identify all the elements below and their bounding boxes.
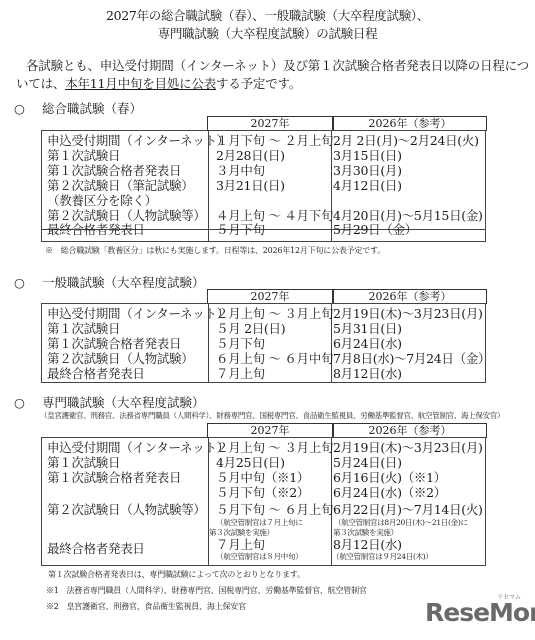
header-2027: 2027年 <box>208 290 332 304</box>
row-2027: ５月下旬 <box>216 336 265 351</box>
header-2027: 2027年 <box>208 117 332 131</box>
row-2026: 5月24日(日) <box>333 455 402 470</box>
row-2027: ５月下旬 〜 ６月上旬 <box>216 502 333 517</box>
footnote-senmon-2: ※2 皇宮護衛官、刑務官、食品衛生監視員、海上保安官 <box>46 601 246 612</box>
row-label: 申込受付期間（インターネット） <box>47 306 229 321</box>
intro-line1: 各試験とも、申込受付期間（インターネット）及び第１次試験合格者発表日以降の日程に… <box>26 56 529 74</box>
row-label: 第１次試験日 <box>47 455 120 470</box>
circle-bullet-icon: ○ <box>14 395 42 410</box>
header-2026: 2026年（参考） <box>332 424 486 438</box>
footnote-sogo: ※ 総合職試験「教養区分」は秋にも実施します。日程等は、2026年12月下旬に公… <box>45 245 385 256</box>
table-header-senmon: 2027年 2026年（参考） <box>207 423 487 438</box>
row-label: 第１次試験日 <box>47 321 120 336</box>
section-title-sogo: ○総合職試験（春） <box>14 99 142 117</box>
row-label: 第２次試験日（人物試験） <box>47 351 193 366</box>
row-2026: 5月31日(日) <box>333 321 402 336</box>
row-2027: ７月上旬 <box>216 537 265 552</box>
row-2027: ６月上旬 〜 ６月中旬 <box>216 351 333 366</box>
header-2027: 2027年 <box>208 424 332 438</box>
row-2027: ２月上旬 〜 ３月上旬 <box>216 440 333 455</box>
row-label: 最終合格者発表日 <box>47 541 145 556</box>
row-2027: 4月25日(日) <box>216 455 285 470</box>
row-label: 第２次試験日（人物試験等） <box>47 502 206 517</box>
row-2026: 7月8日(水)〜7月24日（金） <box>333 351 485 366</box>
row-2026: 2月19日(木)〜3月23日(月) <box>333 306 483 321</box>
row-label: 最終合格者発表日 <box>47 366 145 381</box>
logo-text: ReseMom <box>425 598 535 627</box>
document-title-line1: 2027年の総合職試験（春）、一般職試験（大卒程度試験）、 <box>0 6 535 24</box>
row-2026: 8月12日(水) <box>333 366 402 381</box>
row-2027-note: （航空管制官は７月上旬に <box>216 518 302 528</box>
row-label: 第１次試験合格者発表日 <box>47 336 181 351</box>
row-2027: ７月上旬 <box>216 366 265 381</box>
row-2026: 5月29日（金） <box>333 222 417 237</box>
row-label: 第１次試験合格者発表日 <box>47 470 181 485</box>
row-2026: 2月19日(木)〜3月23日(月) <box>333 440 483 455</box>
header-2026: 2026年（参考） <box>332 117 486 131</box>
schedule-table-sogo-frame: 最終合格者発表日 ５月下旬 5月29日（金） <box>41 130 486 242</box>
row-2026: 8月12日(水) <box>333 537 402 552</box>
row-2027: ５月 2日(日) <box>216 321 285 336</box>
row-2026: 6月24日(水)（※2） <box>333 485 446 500</box>
footnote-senmon-1: ※1 法務省専門職員（人間科学）、財務専門官、国税専門官、労働基準監督官、航空管… <box>46 585 367 596</box>
row-2026: 6月24日(水) <box>333 336 402 351</box>
circle-bullet-icon: ○ <box>14 101 42 116</box>
row-2027: ５月下旬（※2） <box>216 485 309 500</box>
row-2027: ５月中旬（※1） <box>216 470 309 485</box>
intro-text: いては、 <box>16 76 65 91</box>
resemom-logo: ReseMom リセマム <box>425 598 535 627</box>
intro-underlined-text: 本年11月中旬を目処に公表 <box>65 76 216 91</box>
intro-line2: いては、本年11月中旬を目処に公表する予定です。 <box>16 74 301 92</box>
intro-text: する予定です。 <box>216 76 301 91</box>
row-2026-note: （航空管制官は９月24日(木)） <box>332 552 433 562</box>
row-2027: ２月上旬 〜 ３月上旬 <box>216 306 333 321</box>
schedule-table-senmon: 申込受付期間（インターネット） ２月上旬 〜 ３月上旬 2月19日(木)〜3月2… <box>41 437 486 566</box>
row-2027: ５月下旬 <box>216 222 265 237</box>
row-label: 申込受付期間（インターネット） <box>47 440 229 455</box>
table-header-sogo: 2027年 2026年（参考） <box>207 116 487 131</box>
header-2026: 2026年（参考） <box>332 290 486 304</box>
circle-bullet-icon: ○ <box>14 275 42 290</box>
schedule-table-ippan: 申込受付期間（インターネット） ２月上旬 〜 ３月上旬 2月19日(木)〜3月2… <box>41 303 486 383</box>
row-2026: 6月22日(月)〜7月14日(火) <box>333 502 483 517</box>
footnote-senmon-intro: 第１次試験合格者発表日は、専門職試験によって次のとおりとなります。 <box>48 569 305 580</box>
section-title-text: 総合職試験（春） <box>42 101 142 116</box>
row-2026: 6月16日(火)（※1） <box>333 470 446 485</box>
document-title-line2: 専門職試験（大卒程度試験）の試験日程 <box>0 24 535 42</box>
section-title-ippan: ○一般職試験（大卒程度試験） <box>14 273 205 291</box>
section-subtitle-senmon: （皇宮護衛官、刑務官、法務省専門職員（人間科学）、財務専門官、国税専門官、食品衛… <box>40 410 504 421</box>
section-title-text: 一般職試験（大卒程度試験） <box>42 275 205 290</box>
row-label: 最終合格者発表日 <box>47 222 145 237</box>
section-title-senmon: ○専門職試験（大卒程度試験） <box>14 393 205 411</box>
row-2027-note: （航空管制官は８月中旬） <box>216 552 302 562</box>
row-2026-note: （航空管制官は8月20日(木)〜21日(金)に <box>334 518 468 528</box>
section-title-text: 専門職試験（大卒程度試験） <box>42 395 205 410</box>
logo-ruby: リセマム <box>497 592 521 601</box>
table-header-ippan: 2027年 2026年（参考） <box>207 289 487 304</box>
